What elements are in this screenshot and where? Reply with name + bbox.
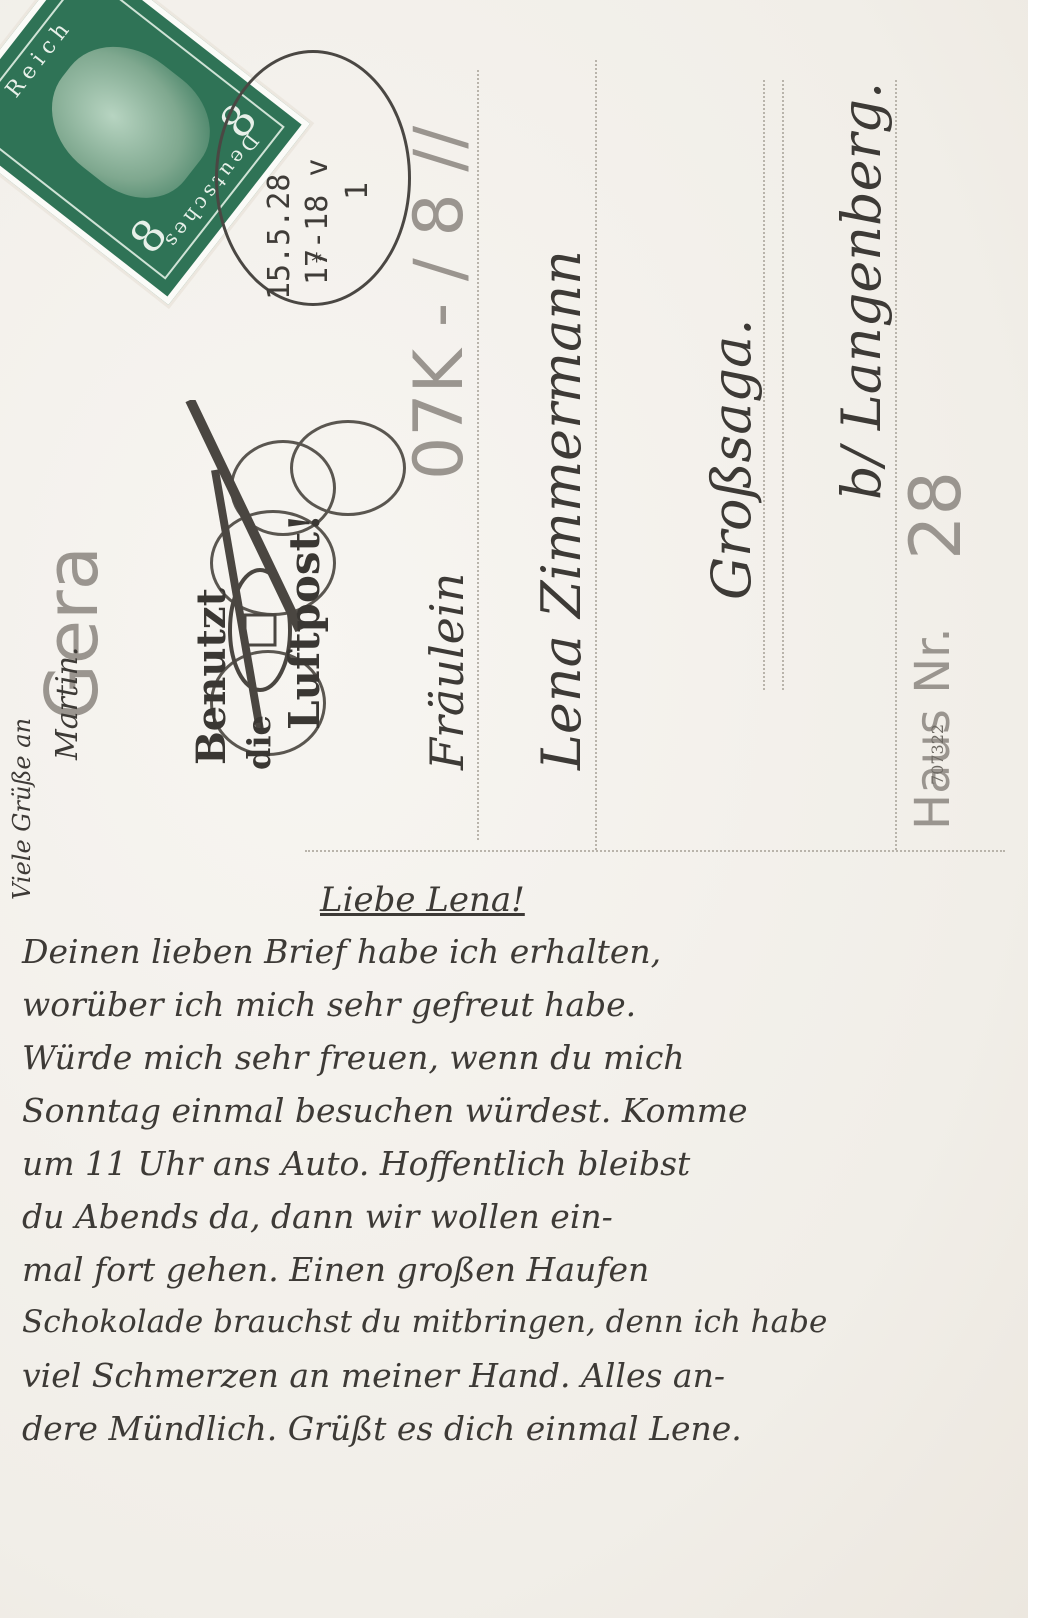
message-salutation: Liebe Lena! [320,880,525,920]
message-body: Deinen lieben Brief habe ich erhalten, w… [22,925,1012,1455]
cachet-line-2: die [240,715,278,770]
address-line-1 [477,70,479,840]
message-line: dere Mündlich. Grüßt es dich einmal Lene… [22,1402,1012,1455]
postmark-date: 15.5.28 [262,174,297,300]
message-line: Deinen lieben Brief habe ich erhalten, [22,925,1012,978]
cachet-line-3: Luftpost! [280,514,329,730]
address-line4: b/ Langenberg. [830,82,893,500]
message-line: viel Schmerzen an meiner Hand. Alles an- [22,1349,1012,1402]
divider-line [305,850,1005,852]
margin-note-line2: Martin. [50,647,85,760]
address-line-2 [595,60,597,850]
message-line: worüber ich mich sehr gefreut habe. [22,978,1012,1031]
scan-edge [1028,0,1052,1618]
message-line: um 11 Uhr ans Auto. Hoffentlich bleibst [22,1137,1012,1190]
postmark-code: 1 [340,182,375,200]
print-code: 707322 [928,724,947,785]
address-line-3 [763,80,765,690]
message-line: mal fort gehen. Einen großen Haufen [22,1243,1012,1296]
address-line1: Fräulein [420,573,474,770]
message-line: Sonntag einmal besuchen würdest. Komme [22,1084,1012,1137]
postmark-star: * [310,250,323,275]
address-line-3b [782,80,784,690]
cachet-line-1: Benutzt [188,588,235,765]
message-line: du Abends da, dann wir wollen ein- [22,1190,1012,1243]
address-line2: Lena Zimmermann [530,250,593,770]
pencil-note-top: 07K - / 8 // [400,126,479,480]
pencil-house-number: 28 [895,471,977,560]
margin-note-line1: Viele Grüße an [8,718,36,900]
message-line: Schokolade brauchst du mitbringen, denn … [22,1296,1012,1349]
message-line: Würde mich sehr freuen, wenn du mich [22,1031,1012,1084]
address-line-4 [895,80,897,850]
address-line3: Großsaga. [700,319,763,600]
